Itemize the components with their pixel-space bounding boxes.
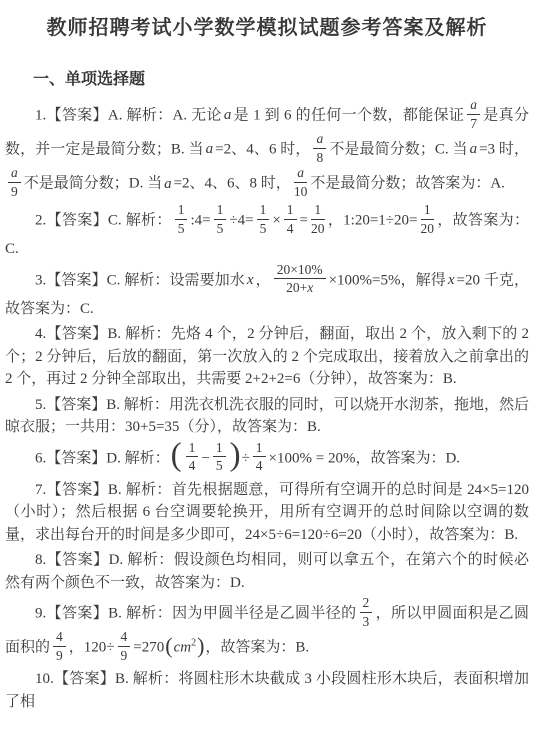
text-run: 10.【答案】B. 解析：将圆柱形木块截成 3 小段圆柱形木块后，表面积增加了相 (5, 671, 529, 710)
big-paren: ) (230, 437, 241, 473)
big-paren: ( (171, 437, 182, 473)
answer-paragraph-5: 5.【答案】B. 解析：用洗衣机洗衣服的同时，可以烧开水沏茶，拖地，然后晾衣服；… (5, 394, 529, 439)
fraction: a10 (294, 165, 308, 199)
text-run: （分钟），故答案为：B. (300, 371, 456, 387)
math-run: 1:20=1÷20= (343, 213, 417, 229)
fraction-denominator: 5 (214, 220, 227, 237)
text-run: 是 1 到 6 的任何一个数，都能保证 (233, 107, 464, 123)
fraction-numerator: 4 (118, 629, 131, 647)
fraction-denominator: 3 (360, 613, 373, 630)
text-run: 6.【答案】D. 解析： (35, 450, 170, 466)
medium-paren: ) (197, 633, 204, 658)
math-variable: x (247, 272, 254, 288)
fraction: a7 (467, 97, 480, 131)
math-run: ÷4= (229, 213, 253, 229)
answer-paragraph-2: 2.【答案】C. 解析：15:4=15÷4=15×14=120，1:20=1÷2… (5, 204, 529, 261)
fraction-numerator: 1 (214, 202, 227, 220)
text-run: 9.【答案】B. 解析：因为甲圆半径是乙圆半径的 (35, 606, 357, 622)
fraction-denominator: 20 (311, 220, 325, 237)
fraction-denominator: 20 (421, 220, 435, 237)
fraction-denominator: 4 (253, 457, 266, 474)
text-run: 不是最简分数；C. 当 (329, 141, 467, 157)
fraction: 120 (311, 202, 325, 236)
math-run: cm (174, 640, 192, 656)
math-variable: a (164, 176, 172, 192)
fraction: 23 (360, 595, 373, 629)
text-run: ， (328, 213, 344, 229)
math-run: =270 (133, 640, 164, 656)
text-run: 7.【答案】B. 解析：首先根据题意，可得所有空调开的总时间是 (35, 482, 467, 498)
answer-paragraph-10: 10.【答案】B. 解析：将圆柱形木块截成 3 小段圆柱形木块后，表面积增加了相 (5, 668, 529, 713)
text-run: 3.【答案】C. 解析：设需要加水 (35, 272, 245, 288)
fraction-denominator: 4 (284, 220, 297, 237)
fraction-denominator: 9 (8, 183, 21, 200)
text-run: ，故答案为：D. (355, 450, 460, 466)
math-run: 24×5÷6=120÷6=20 (245, 527, 362, 543)
math-run: :4= (190, 213, 210, 229)
fraction-numerator: 1 (186, 440, 199, 458)
fraction-numerator: a (313, 131, 326, 149)
text-run: ，故答案为：B. (205, 640, 309, 656)
fraction-numerator: 1 (175, 202, 188, 220)
answer-paragraph-3: 3.【答案】C. 解析：设需要加水x，20×10%20+x×100%=5%，解得… (5, 264, 529, 321)
fraction: 49 (118, 629, 131, 663)
fraction-numerator: 1 (253, 440, 266, 458)
math-variable: a (224, 107, 232, 123)
fraction: 120 (421, 202, 435, 236)
text-run: ， (69, 640, 84, 656)
math-run: ×100% = 20% (269, 450, 356, 466)
math-run: = (300, 213, 308, 229)
fraction-numerator: 20×10% (274, 262, 326, 280)
fraction-denominator: 4 (186, 457, 199, 474)
math-run: ×100%=5% (329, 272, 401, 288)
fraction-numerator: 1 (257, 202, 270, 220)
text-run: =2、4、6、8 时， (174, 176, 291, 192)
fraction-numerator: a (467, 97, 480, 115)
document-title: 教师招聘考试小学数学模拟试题参考答案及解析 (5, 11, 529, 40)
fraction-denominator: 9 (53, 647, 66, 664)
fraction-denominator: 5 (175, 220, 188, 237)
text-run: 1.【答案】A. 解析：A. 无论 (35, 107, 222, 123)
answer-paragraph-9: 9.【答案】B. 解析：因为甲圆半径是乙圆半径的23，所以甲圆面积是乙圆面积的4… (5, 597, 529, 665)
math-run: × (272, 213, 280, 229)
text-run: 不是最简分数；故答案为：A. (310, 176, 505, 192)
fraction-denominator: 5 (213, 457, 226, 474)
math-variable: a (206, 141, 214, 157)
math-variable: a (470, 141, 478, 157)
math-run: 2+2+2=6 (245, 371, 300, 387)
answer-paragraph-6: 6.【答案】D. 解析：(14−15)÷14×100% = 20%，故答案为：D… (5, 442, 529, 476)
math-run: 120÷ (84, 640, 115, 656)
fraction: 15 (257, 202, 270, 236)
fraction-numerator: 1 (213, 440, 226, 458)
text-run: （分），故答案为：B. (179, 419, 320, 435)
fraction-numerator: 1 (311, 202, 325, 220)
text-run: ，解得 (401, 272, 446, 288)
fraction-numerator: 1 (421, 202, 435, 220)
fraction: 20×10%20+x (274, 262, 326, 296)
document-page: 教师招聘考试小学数学模拟试题参考答案及解析 一、单项选择题 1.【答案】A. 解… (0, 0, 534, 713)
fraction-denominator: 8 (313, 149, 326, 166)
math-run: =20 (457, 272, 480, 288)
math-run: − (201, 450, 209, 466)
answer-paragraph-4: 4.【答案】B. 解析：先烙 4 个，2 分钟后，翻面，取出 2 个，放入剩下的… (5, 323, 529, 391)
fraction-denominator: 20+x (274, 279, 326, 296)
text-run: =2、4、6 时， (215, 141, 310, 157)
fraction-numerator: 4 (53, 629, 66, 647)
fraction: 14 (253, 440, 266, 474)
text-run: 2.【答案】C. 解析： (35, 213, 172, 229)
fraction-denominator: 5 (257, 220, 270, 237)
fraction-denominator: 9 (118, 647, 131, 664)
section-heading: 一、单项选择题 (5, 66, 529, 89)
fraction: 15 (175, 202, 188, 236)
fraction: 15 (214, 202, 227, 236)
math-run: 24×5=120 (467, 482, 529, 498)
medium-paren: ( (165, 633, 172, 658)
fraction-denominator: 7 (467, 115, 480, 132)
text-run: 不是最简分数；D. 当 (24, 176, 162, 192)
fraction-denominator: 10 (294, 183, 308, 200)
text-run: （小时），故答案为：B. (362, 527, 518, 543)
fraction: 15 (213, 440, 226, 474)
fraction: 49 (53, 629, 66, 663)
superscript: 2 (191, 638, 196, 649)
fraction: 14 (186, 440, 199, 474)
answer-paragraph-8: 8.【答案】D. 解析：假设颜色均相同，则可以拿五个，在第六个的时候必然有两个颜… (5, 549, 529, 594)
answer-paragraph-7: 7.【答案】B. 解析：首先根据题意，可得所有空调开的总时间是 24×5=120… (5, 479, 529, 547)
math-run: 30+5=35 (125, 419, 179, 435)
fraction: 14 (284, 202, 297, 236)
answers-list: 1.【答案】A. 解析：A. 无论a是 1 到 6 的任何一个数，都能保证a7是… (5, 99, 529, 713)
text-run: ， (256, 272, 271, 288)
fraction: a9 (8, 165, 21, 199)
fraction-numerator: 2 (360, 595, 373, 613)
fraction-numerator: a (8, 165, 21, 183)
math-run: ÷ (242, 450, 250, 466)
text-run: 8.【答案】D. 解析：假设颜色均相同，则可以拿五个，在第六个的时候必然有两个颜… (5, 552, 529, 591)
math-variable: x (448, 272, 455, 288)
text-run: =3 时， (479, 141, 529, 157)
answer-paragraph-1: 1.【答案】A. 解析：A. 无论a是 1 到 6 的任何一个数，都能保证a7是… (5, 99, 529, 201)
fraction-numerator: a (294, 165, 308, 183)
fraction: a8 (313, 131, 326, 165)
fraction-numerator: 1 (284, 202, 297, 220)
